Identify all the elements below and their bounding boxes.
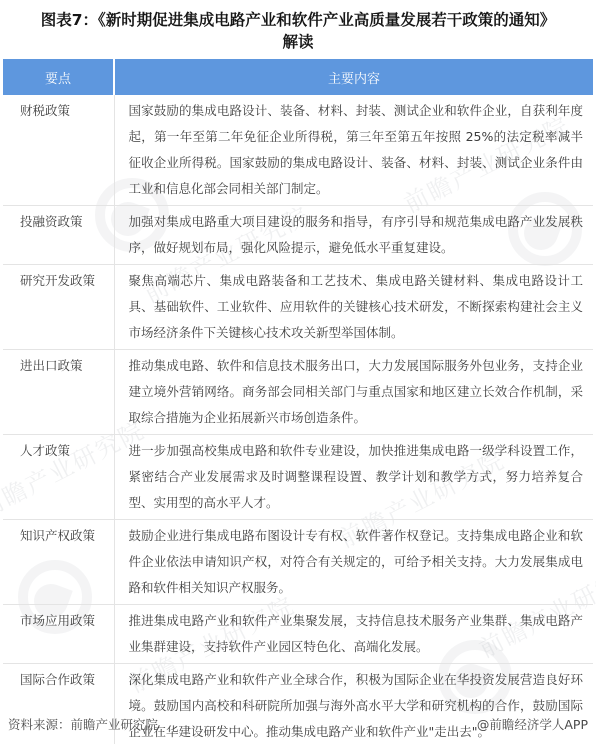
app-credit: @前瞻经济学人APP <box>477 715 588 733</box>
header-cell-keypoint: 要点 <box>3 59 114 95</box>
row-content: 国家鼓励的集成电路设计、装备、材料、封装、测试企业和软件企业，自获利年度起，第一… <box>114 95 593 206</box>
row-label: 财税政策 <box>3 95 114 206</box>
table-header: 要点 主要内容 <box>3 59 593 95</box>
table-row: 知识产权政策 鼓励企业进行集成电路布图设计专有权、软件著作权登记。支持集成电路企… <box>3 520 593 605</box>
row-content: 加强对集成电路重大项目建设的服务和指导，有序引导和规范集成电路产业发展秩序，做好… <box>114 206 593 265</box>
row-label: 研究开发政策 <box>3 265 114 350</box>
row-content: 推进集成电路产业和软件产业集聚发展，支持信息技术服务产业集群、集成电路产业集群建… <box>114 605 593 664</box>
figure-title: 图表7：《新时期促进集成电路产业和软件产业高质量发展若干政策的通知》 解读 <box>30 9 566 53</box>
table-row: 市场应用政策 推进集成电路产业和软件产业集聚发展，支持信息技术服务产业集群、集成… <box>3 605 593 664</box>
header-cell-main-content: 主要内容 <box>114 59 593 95</box>
row-content: 鼓励企业进行集成电路布图设计专有权、软件著作权登记。支持集成电路企业和软件企业依… <box>114 520 593 605</box>
row-content: 推动集成电路、软件和信息技术服务出口，大力发展国际服务外包业务，支持企业建立境外… <box>114 350 593 435</box>
policy-table: 要点 主要内容 财税政策 国家鼓励的集成电路设计、装备、材料、封装、测试企业和软… <box>3 59 593 744</box>
table-row: 研究开发政策 聚焦高端芯片、集成电路装备和工艺技术、集成电路关键材料、集成电路设… <box>3 265 593 350</box>
figure-title-line2: 解读 <box>282 33 313 51</box>
row-content: 进一步加强高校集成电路和软件专业建设，加快推进集成电路一级学科设置工作，紧密结合… <box>114 435 593 520</box>
footer: 资料来源：前瞻产业研究院 @前瞻经济学人APP <box>8 715 588 733</box>
row-label: 市场应用政策 <box>3 605 114 664</box>
row-label: 人才政策 <box>3 435 114 520</box>
row-label: 进出口政策 <box>3 350 114 435</box>
table-row: 人才政策 进一步加强高校集成电路和软件专业建设，加快推进集成电路一级学科设置工作… <box>3 435 593 520</box>
row-content: 聚焦高端芯片、集成电路装备和工艺技术、集成电路关键材料、集成电路设计工具、基础软… <box>114 265 593 350</box>
source-note: 资料来源：前瞻产业研究院 <box>8 715 158 733</box>
table-row: 财税政策 国家鼓励的集成电路设计、装备、材料、封装、测试企业和软件企业，自获利年… <box>3 95 593 206</box>
table-row: 投融资政策 加强对集成电路重大项目建设的服务和指导，有序引导和规范集成电路产业发… <box>3 206 593 265</box>
row-label: 知识产权政策 <box>3 520 114 605</box>
row-label: 投融资政策 <box>3 206 114 265</box>
figure-title-line1: 图表7：《新时期促进集成电路产业和软件产业高质量发展若干政策的通知》 <box>41 11 556 29</box>
table-row: 进出口政策 推动集成电路、软件和信息技术服务出口，大力发展国际服务外包业务，支持… <box>3 350 593 435</box>
